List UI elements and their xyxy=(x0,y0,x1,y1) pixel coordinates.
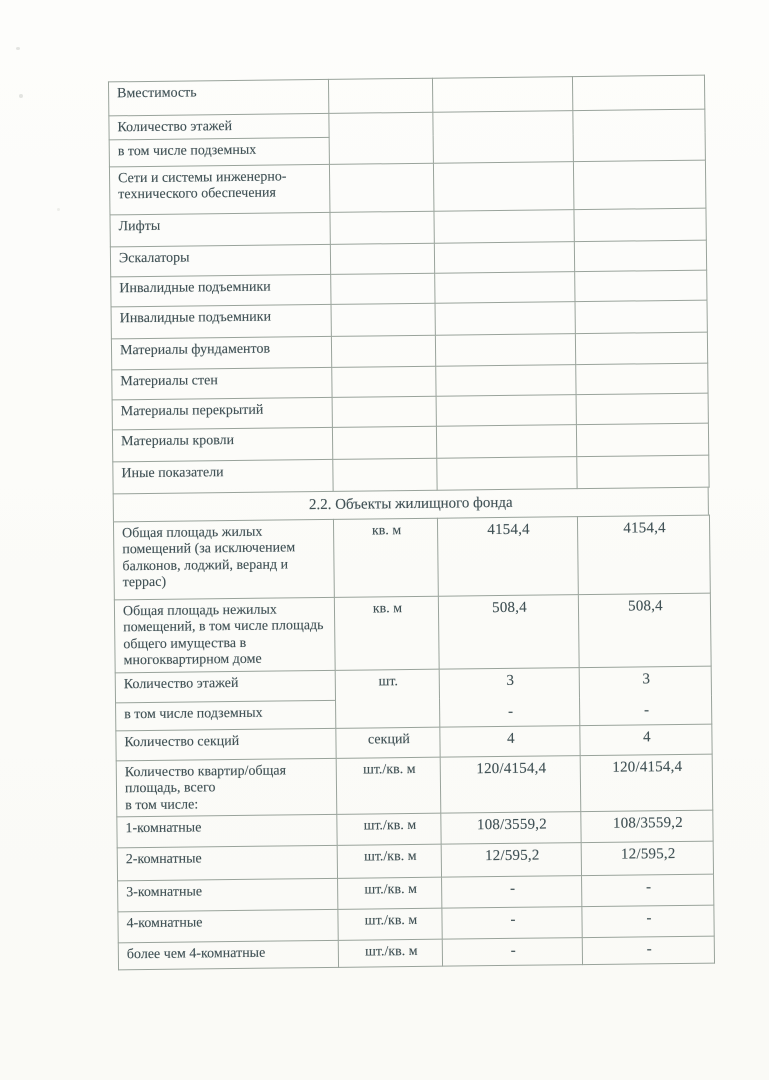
empty-cell xyxy=(331,335,435,367)
empty-cell xyxy=(576,393,708,424)
empty-cell xyxy=(332,396,436,427)
empty-cell xyxy=(435,301,575,335)
unit-cell: шт./кв. м xyxy=(336,757,441,815)
value-cell: 3 - xyxy=(439,667,580,727)
row-label: Общая площадь жилых помещений (за исключ… xyxy=(113,519,334,599)
unit-cell: шт. xyxy=(335,669,440,728)
scan-speckle xyxy=(16,47,20,50)
unit-cell: шт./кв. м xyxy=(338,939,442,967)
row-label: Вместимость xyxy=(108,79,328,115)
value-cell: 108/3559,2 xyxy=(581,810,713,842)
row-label: Количество квартир/общая площадь, всего … xyxy=(116,758,337,817)
table-row: Количество этажей шт. 3 - 3 - xyxy=(115,666,711,703)
empty-cell xyxy=(330,211,434,244)
row-label: Иные показатели xyxy=(113,459,333,493)
table-housing-fund: Общая площадь жилых помещений (за исключ… xyxy=(113,514,715,970)
value-cell: 4154,4 xyxy=(437,516,578,596)
row-label: 2-комнатные xyxy=(117,845,337,880)
value-cell: 4154,4 xyxy=(577,515,710,594)
empty-cell xyxy=(332,426,436,459)
value-cell: - xyxy=(442,876,582,909)
empty-cell xyxy=(436,364,576,396)
value-cell: - xyxy=(442,907,582,940)
row-label: Сети и системы инженерно-технического об… xyxy=(109,164,330,214)
unit-cell: кв. м xyxy=(333,518,438,597)
row-label-line1: Количество квартир/общая площадь, всего xyxy=(125,763,330,798)
section-heading: 2.2. Объекты жилищного фонда xyxy=(309,494,513,513)
unit-cell: кв. м xyxy=(334,596,439,670)
table-row: Сети и системы инженерно-технического об… xyxy=(109,160,706,215)
row-label: Общая площадь нежилых помещений, в том ч… xyxy=(114,597,335,673)
row-label: Количество этажей xyxy=(109,113,329,139)
empty-cell xyxy=(433,161,574,211)
value-sub: - xyxy=(508,704,513,722)
value-cell: 508,4 xyxy=(438,594,579,669)
row-label: 3-комнатные xyxy=(118,878,338,911)
value-cell: - xyxy=(442,938,582,967)
row-label: Материалы кровли xyxy=(112,427,332,461)
row-label-line2: в том числе: xyxy=(125,796,330,815)
value-cell: 3 - xyxy=(579,666,712,725)
row-label: Материалы стен xyxy=(112,367,332,399)
value-cell: 120/4154,4 xyxy=(440,755,581,813)
value-main: 3 xyxy=(506,672,514,690)
unit-cell: секций xyxy=(336,727,440,758)
value-cell: 4 xyxy=(440,725,580,757)
value-cell: - xyxy=(582,905,714,937)
empty-cell xyxy=(433,111,574,163)
row-label: Лифты xyxy=(110,212,330,246)
empty-cell xyxy=(577,455,709,488)
empty-cell xyxy=(436,424,576,458)
row-label: Количество секций xyxy=(116,728,336,760)
value-cell: 12/595,2 xyxy=(441,843,581,878)
empty-cell xyxy=(575,300,707,333)
empty-cell xyxy=(575,332,707,364)
empty-cell xyxy=(573,160,706,209)
empty-cell xyxy=(331,303,435,336)
unit-cell: шт./кв. м xyxy=(338,877,442,909)
empty-cell xyxy=(329,112,434,164)
row-label: более чем 4-комнатные xyxy=(118,940,338,969)
empty-cell xyxy=(333,458,437,491)
value-main: 3 xyxy=(642,671,650,689)
empty-cell xyxy=(434,241,574,273)
value-cell: 120/4154,4 xyxy=(580,754,713,812)
empty-cell xyxy=(328,78,432,113)
row-label: Материалы фундаментов xyxy=(111,336,331,369)
empty-cell xyxy=(434,209,574,243)
row-label: 1-комнатные xyxy=(117,814,337,847)
scan-speckle xyxy=(57,208,60,211)
row-label: Инвалидные подъемники xyxy=(111,304,331,338)
value-cell: 4 xyxy=(580,724,712,755)
scan-speckle xyxy=(19,94,23,98)
document-content: Вместимость Количество этажей в том числ… xyxy=(108,75,714,971)
empty-cell xyxy=(576,363,708,394)
row-label: Эскалаторы xyxy=(110,244,330,276)
unit-cell: шт./кв. м xyxy=(337,813,441,845)
empty-cell xyxy=(437,456,577,490)
table-row: Общая площадь нежилых помещений, в том ч… xyxy=(114,593,711,673)
value-cell: 108/3559,2 xyxy=(441,812,581,845)
table-row: более чем 4-комнатные шт./кв. м - - xyxy=(118,936,714,970)
value-cell: - xyxy=(582,936,714,964)
empty-cell xyxy=(573,109,706,161)
empty-cell xyxy=(329,163,434,212)
empty-cell xyxy=(432,77,572,113)
row-label: Инвалидные подъемники xyxy=(111,274,331,306)
empty-cell xyxy=(576,423,708,456)
empty-cell xyxy=(435,333,575,366)
value-cell: - xyxy=(582,874,714,906)
empty-cell xyxy=(330,243,434,274)
row-label: Количество этажей xyxy=(115,670,335,702)
table-object-characteristics: Вместимость Количество этажей в том числ… xyxy=(108,75,710,494)
row-sublabel: в том числе подземных xyxy=(116,700,336,730)
empty-cell xyxy=(575,270,707,301)
empty-cell xyxy=(436,394,576,426)
row-sublabel: в том числе подземных xyxy=(109,137,329,166)
table-row: Количество квартир/общая площадь, всего … xyxy=(116,754,713,817)
empty-cell xyxy=(572,75,704,110)
empty-cell xyxy=(331,273,435,304)
table-row: Общая площадь жилых помещений (за исключ… xyxy=(113,515,710,600)
empty-cell xyxy=(435,271,575,303)
empty-cell xyxy=(574,208,706,241)
value-cell: 508,4 xyxy=(578,593,711,668)
unit-cell: шт./кв. м xyxy=(338,908,442,940)
row-label: 4-комнатные xyxy=(118,909,338,942)
unit-cell: шт./кв. м xyxy=(337,844,441,878)
row-label: Материалы перекрытий xyxy=(112,397,332,429)
value-cell: 12/595,2 xyxy=(581,841,713,875)
scanned-document-page: Вместимость Количество этажей в том числ… xyxy=(0,0,769,1080)
value-sub: - xyxy=(644,703,649,721)
empty-cell xyxy=(574,240,706,271)
empty-cell xyxy=(332,366,436,397)
